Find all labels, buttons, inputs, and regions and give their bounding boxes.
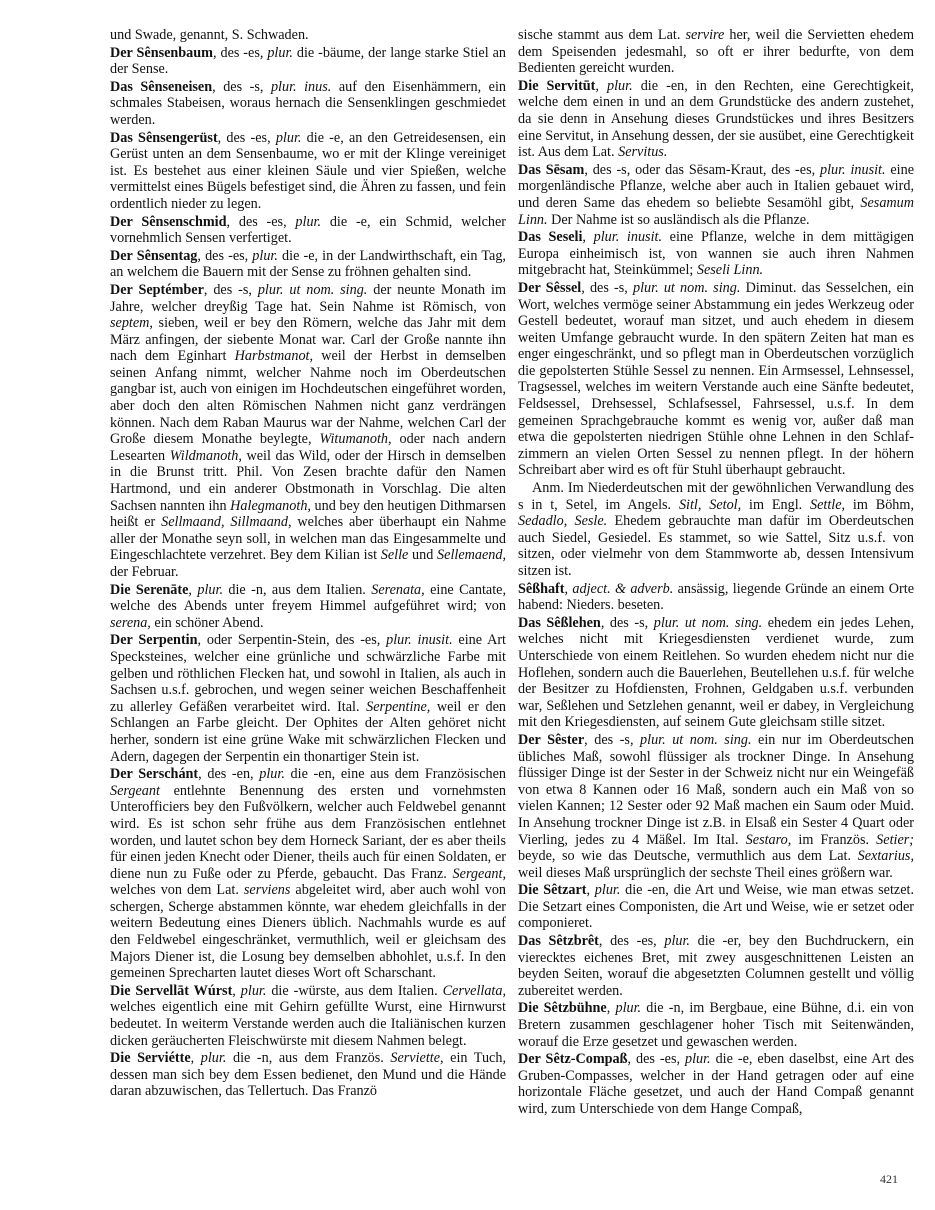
italic-term: serviens xyxy=(244,882,291,898)
headword: Die Sêtzbühne xyxy=(518,1000,607,1016)
italic-term: plur. inusit. xyxy=(386,632,453,648)
headword: Das Sênsengerüst xyxy=(110,130,218,146)
entry-text: , des -s, xyxy=(204,282,258,298)
italic-term: serena, xyxy=(110,615,151,631)
headword: Der Sêtz-Compaß xyxy=(518,1051,628,1067)
headword: Die Serviétte xyxy=(110,1050,191,1066)
dictionary-entry: Der Sêster, des -s, plur. ut nom. sing. … xyxy=(518,732,914,881)
page-number: 421 xyxy=(880,1172,898,1187)
entry-text: und Swade, genannt, S. Schwaden. xyxy=(110,27,309,43)
entry-text: , des -es, xyxy=(599,933,664,949)
headword: Der Sênsentag xyxy=(110,248,197,264)
headword: Die Serenāte xyxy=(110,582,188,598)
entry-continuation: sische stammt aus dem Lat. servire her, … xyxy=(518,27,914,77)
entry-text: im Französ. xyxy=(791,832,876,848)
headword: Der Serschánt xyxy=(110,766,198,782)
italic-term: Wildmanoth, xyxy=(170,448,242,464)
entry-text: entlehnte Benennung des ersten und vorne… xyxy=(110,783,506,882)
italic-term: Cer­vellata, xyxy=(443,983,506,999)
italic-term: plur. xyxy=(197,582,223,598)
italic-term: servire xyxy=(685,27,724,43)
entry-text: , xyxy=(595,78,607,94)
headword: Die Servitūt xyxy=(518,78,595,94)
entry-text: sische stammt aus dem Lat. xyxy=(518,27,685,43)
italic-term: Sedadlo, Sesle. xyxy=(518,513,607,529)
dictionary-entry: Die Serviétte, plur. die -n, aus dem Fra… xyxy=(110,1050,506,1100)
entry-text: ehedem ein jedes Lehen, welches nicht mi… xyxy=(518,615,914,731)
entry-text: Diminut. das Sesselchen, ein Wort, welch… xyxy=(518,280,914,479)
entry-text: , oder Serpentin-Stein, des -es, xyxy=(198,632,387,648)
italic-term: plur. xyxy=(241,983,267,999)
entry-text: welches von dem Lat. xyxy=(110,882,244,898)
headword: Der Septémber xyxy=(110,282,204,298)
italic-term: Sellemaend, xyxy=(437,547,506,563)
entry-text: , des -s, xyxy=(584,732,640,748)
italic-term: plur. xyxy=(252,248,278,264)
italic-term: plur. xyxy=(276,130,302,146)
italic-term: Sextarius, xyxy=(858,848,914,864)
entry-text: im Böhm, xyxy=(845,497,914,513)
headword: Sêßhaft xyxy=(518,581,565,597)
dictionary-page: und Swade, genannt, S. Schwaden.Der Sêns… xyxy=(0,0,935,1210)
dictionary-entry: Das Sêßlehen, des -s, plur. ut nom. sing… xyxy=(518,615,914,731)
italic-term: plur. inusit. xyxy=(820,162,886,178)
italic-term: Sitl, Setol, xyxy=(679,497,741,513)
dictionary-entry: Der Sêssel, des -s, plur. ut nom. sing. … xyxy=(518,280,914,479)
entry-text: , des -es, xyxy=(628,1051,685,1067)
dictionary-entry: Das Sēsam, des -s, oder das Sēsam-Kraut,… xyxy=(518,162,914,228)
italic-term: plur. ut nom. sing. xyxy=(640,732,751,748)
entry-text: beyde, so wie das Deutsche, vermuthlich … xyxy=(518,848,858,864)
dictionary-entry: Die Sêtzbühne, plur. die -n, im Bergbaue… xyxy=(518,1000,914,1050)
italic-term: Sergeant xyxy=(110,783,160,799)
italic-term: plur. xyxy=(685,1051,711,1067)
entry-text: , des -es, xyxy=(213,45,267,61)
entry-continuation: und Swade, genannt, S. Schwaden. xyxy=(110,27,506,44)
italic-term: plur. ut nom. sing. xyxy=(654,615,762,631)
entry-text: im Engl. xyxy=(741,497,810,513)
italic-term: adject. & adverb. xyxy=(572,581,673,597)
italic-term: plur. xyxy=(295,214,321,230)
entry-text: , des -s, xyxy=(212,79,271,95)
italic-term: Witumanoth, xyxy=(319,431,391,447)
italic-term: plur. xyxy=(267,45,293,61)
entry-text: die -n, aus dem Italien. xyxy=(223,582,371,598)
entry-text: ein schöner Abend. xyxy=(151,615,264,631)
headword: Der Sênsenbaum xyxy=(110,45,213,61)
italic-term: Serpentine, xyxy=(366,699,430,715)
entry-text: und xyxy=(408,547,437,563)
dictionary-entry: Das Seseli, plur. inusit. eine Pflanze, … xyxy=(518,229,914,279)
dictionary-entry: Das Sêtzbrêt, des -es, plur. die -er, be… xyxy=(518,933,914,999)
entry-text: weil dieses Maß ursprünglich der sechste… xyxy=(518,865,893,881)
entry-note: Anm. Im Niederdeutschen mit der gewöhnli… xyxy=(518,480,914,580)
dictionary-entry: Der Serpentin, oder Serpentin-Stein, des… xyxy=(110,632,506,765)
entry-text: , des -es, xyxy=(218,130,276,146)
dictionary-entry: Der Septémber, des -s, plur. ut nom. sin… xyxy=(110,282,506,581)
entry-text: , xyxy=(582,229,593,245)
italic-term: plur. ut nom. sing. xyxy=(633,280,740,296)
headword: Der Sênsenschmid xyxy=(110,214,227,230)
entry-text: , des -s, oder das Sēsam-Kraut, des -es, xyxy=(584,162,820,178)
italic-term: plur. xyxy=(615,1000,641,1016)
entry-text: , des -s, xyxy=(581,280,633,296)
headword: Der Sêssel xyxy=(518,280,581,296)
italic-term: Setier; xyxy=(876,832,914,848)
entry-text: , xyxy=(191,1050,201,1066)
italic-term: Halegmanoth, xyxy=(230,498,311,514)
headword: Das Sênseneisen xyxy=(110,79,212,95)
italic-term: Selle xyxy=(381,547,409,563)
dictionary-entry: Die Servitūt, plur. die -en, in den Rech… xyxy=(518,78,914,161)
italic-term: Serviette, xyxy=(390,1050,443,1066)
italic-term: plur. ut nom. sing. xyxy=(258,282,368,298)
italic-term: plur. xyxy=(259,766,285,782)
left-column: und Swade, genannt, S. Schwaden.Der Sêns… xyxy=(110,27,506,1101)
entry-text: , des -es, xyxy=(197,248,252,264)
italic-term: Sestaro, xyxy=(746,832,792,848)
headword: Die Servellāt Wúrst xyxy=(110,983,232,999)
dictionary-entry: Der Serschánt, des -en, plur. die -en, e… xyxy=(110,766,506,982)
headword: Der Serpentin xyxy=(110,632,198,648)
entry-text: Der Nahme ist so ausländisch als die Pfl… xyxy=(548,212,810,228)
entry-text: , des -en, xyxy=(198,766,259,782)
entry-text: welches eigentlich eine mit Gehirn gefül… xyxy=(110,999,506,1048)
headword: Das Sêtzbrêt xyxy=(518,933,599,949)
italic-term: septem, xyxy=(110,315,153,331)
entry-text: , des -s, xyxy=(601,615,654,631)
italic-term: plur. xyxy=(664,933,690,949)
dictionary-entry: Das Sênsengerüst, des -es, plur. die -e,… xyxy=(110,130,506,213)
dictionary-entry: Das Sênseneisen, des -s, plur. inus. auf… xyxy=(110,79,506,129)
dictionary-entry: Der Sênsenbaum, des -es, plur. die -bäum… xyxy=(110,45,506,78)
entry-text: , xyxy=(587,882,595,898)
italic-term: plur. xyxy=(607,78,633,94)
entry-text: die -n, aus dem Französ. xyxy=(226,1050,390,1066)
entry-text: , des -es, xyxy=(227,214,296,230)
headword: Der Sêster xyxy=(518,732,584,748)
italic-term: Serenata, xyxy=(371,582,424,598)
dictionary-entry: Die Servellāt Wúrst, plur. die -würste, … xyxy=(110,983,506,1049)
italic-term: Sergeant, xyxy=(453,866,506,882)
italic-term: Servitus. xyxy=(618,144,667,160)
dictionary-entry: Die Serenāte, plur. die -n, aus dem Ital… xyxy=(110,582,506,632)
italic-term: plur. xyxy=(595,882,621,898)
italic-term: Harbstmanot, xyxy=(235,348,313,364)
dictionary-entry: Der Sênsentag, des -es, plur. die -e, in… xyxy=(110,248,506,281)
dictionary-entry: Die Sêtzart, plur. die -en, die Art und … xyxy=(518,882,914,932)
entry-text: die -en, eine aus dem Französi­schen xyxy=(285,766,506,782)
headword: Die Sêtzart xyxy=(518,882,587,898)
italic-term: plur. inusit. xyxy=(594,229,662,245)
italic-term: Seseli Linn. xyxy=(697,262,763,278)
entry-text: , xyxy=(232,983,240,999)
right-column: sische stammt aus dem Lat. servire her, … xyxy=(518,27,914,1119)
dictionary-entry: Sêßhaft, adject. & adverb. ansässig, lie… xyxy=(518,581,914,614)
headword: Das Sēsam xyxy=(518,162,584,178)
headword: Das Seseli xyxy=(518,229,582,245)
entry-text: der Februar. xyxy=(110,564,179,580)
italic-term: Sellmaand, Sillmaand, xyxy=(161,514,291,530)
italic-term: plur. inus. xyxy=(271,79,331,95)
italic-term: Settle, xyxy=(810,497,845,513)
italic-term: plur. xyxy=(201,1050,227,1066)
dictionary-entry: Der Sênsenschmid, des -es, plur. die -e,… xyxy=(110,214,506,247)
entry-text: die -würste, aus dem Italien. xyxy=(266,983,442,999)
dictionary-entry: Der Sêtz-Compaß, des -es, plur. die -e, … xyxy=(518,1051,914,1117)
entry-text: ein nur im Oberdeut­schen übliches Maß, … xyxy=(518,732,914,848)
headword: Das Sêßlehen xyxy=(518,615,601,631)
